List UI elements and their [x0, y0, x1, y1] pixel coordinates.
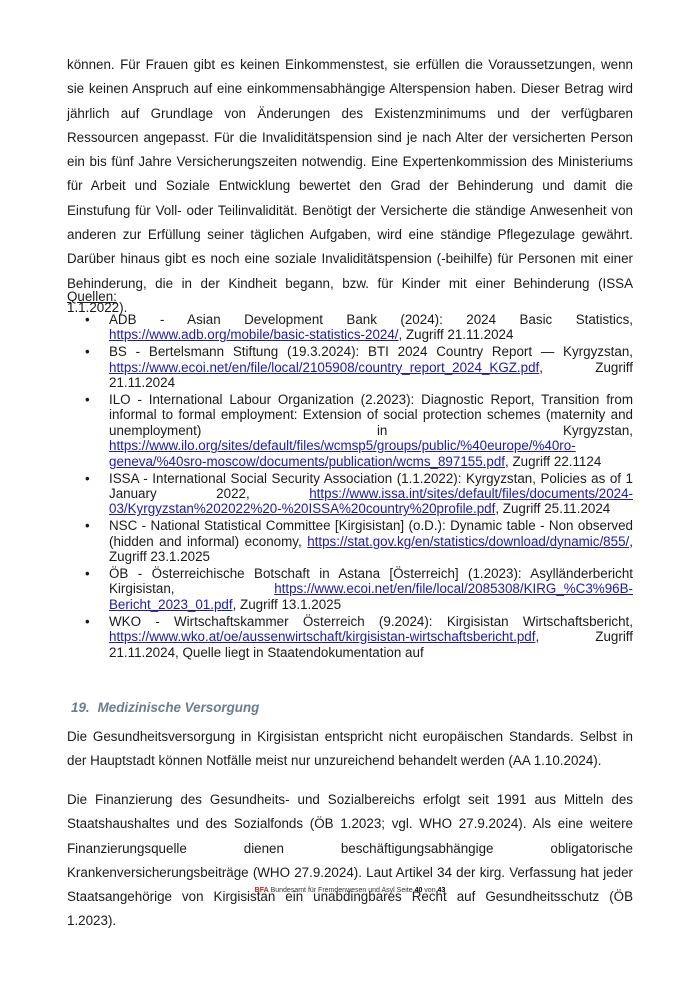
source-item: •ADB - Asian Development Bank (2024): 20…: [67, 312, 633, 343]
page-footer: BFA Bundesamt für Fremdenwesen und Asyl …: [0, 887, 700, 894]
source-item: •ILO - International Labour Organization…: [67, 392, 633, 469]
source-item: •BS - Bertelsmann Stiftung (19.3.2024): …: [67, 344, 633, 390]
bullet-icon: •: [85, 518, 90, 533]
source-item: •NSC - National Statistical Committee [K…: [67, 518, 633, 564]
sources-list: •ADB - Asian Development Bank (2024): 20…: [67, 312, 633, 661]
source-item: •ISSA - International Social Security As…: [67, 471, 633, 517]
bullet-icon: •: [85, 312, 90, 327]
source-link[interactable]: https://www.ecoi.net/en/file/local/21059…: [109, 360, 539, 375]
section-heading: 19.Medizinische Versorgung: [71, 700, 259, 715]
source-link[interactable]: https://stat.gov.kg/en/statistics/downlo…: [307, 534, 629, 549]
bullet-icon: •: [85, 614, 90, 629]
bullet-icon: •: [85, 392, 90, 407]
bullet-icon: •: [85, 344, 90, 359]
section-paragraph: Die Finanzierung des Gesundheits- und So…: [67, 788, 633, 934]
page-total: 43: [438, 887, 446, 894]
source-item: •WKO - Wirtschaftskammer Österreich (9.2…: [67, 614, 633, 660]
source-item: •ÖB - Österreichische Botschaft in Astan…: [67, 566, 633, 612]
section-number: 19.: [71, 700, 90, 715]
bullet-icon: •: [85, 566, 90, 581]
source-link[interactable]: https://www.adb.org/mobile/basic-statist…: [109, 327, 399, 342]
bfa-logo: BFA: [255, 887, 269, 894]
intro-paragraph: können. Für Frauen gibt es keinen Einkom…: [67, 53, 633, 320]
source-link[interactable]: https://www.ecoi.net/en/file/local/20853…: [109, 581, 633, 611]
section-title: Medizinische Versorgung: [98, 700, 260, 715]
bullet-icon: •: [85, 471, 90, 486]
source-link[interactable]: https://www.wko.at/oe/aussenwirtschaft/k…: [109, 629, 535, 644]
sources-label: Quellen:: [67, 289, 117, 304]
section-paragraph: Die Gesundheitsversorgung in Kirgisistan…: [67, 725, 633, 774]
